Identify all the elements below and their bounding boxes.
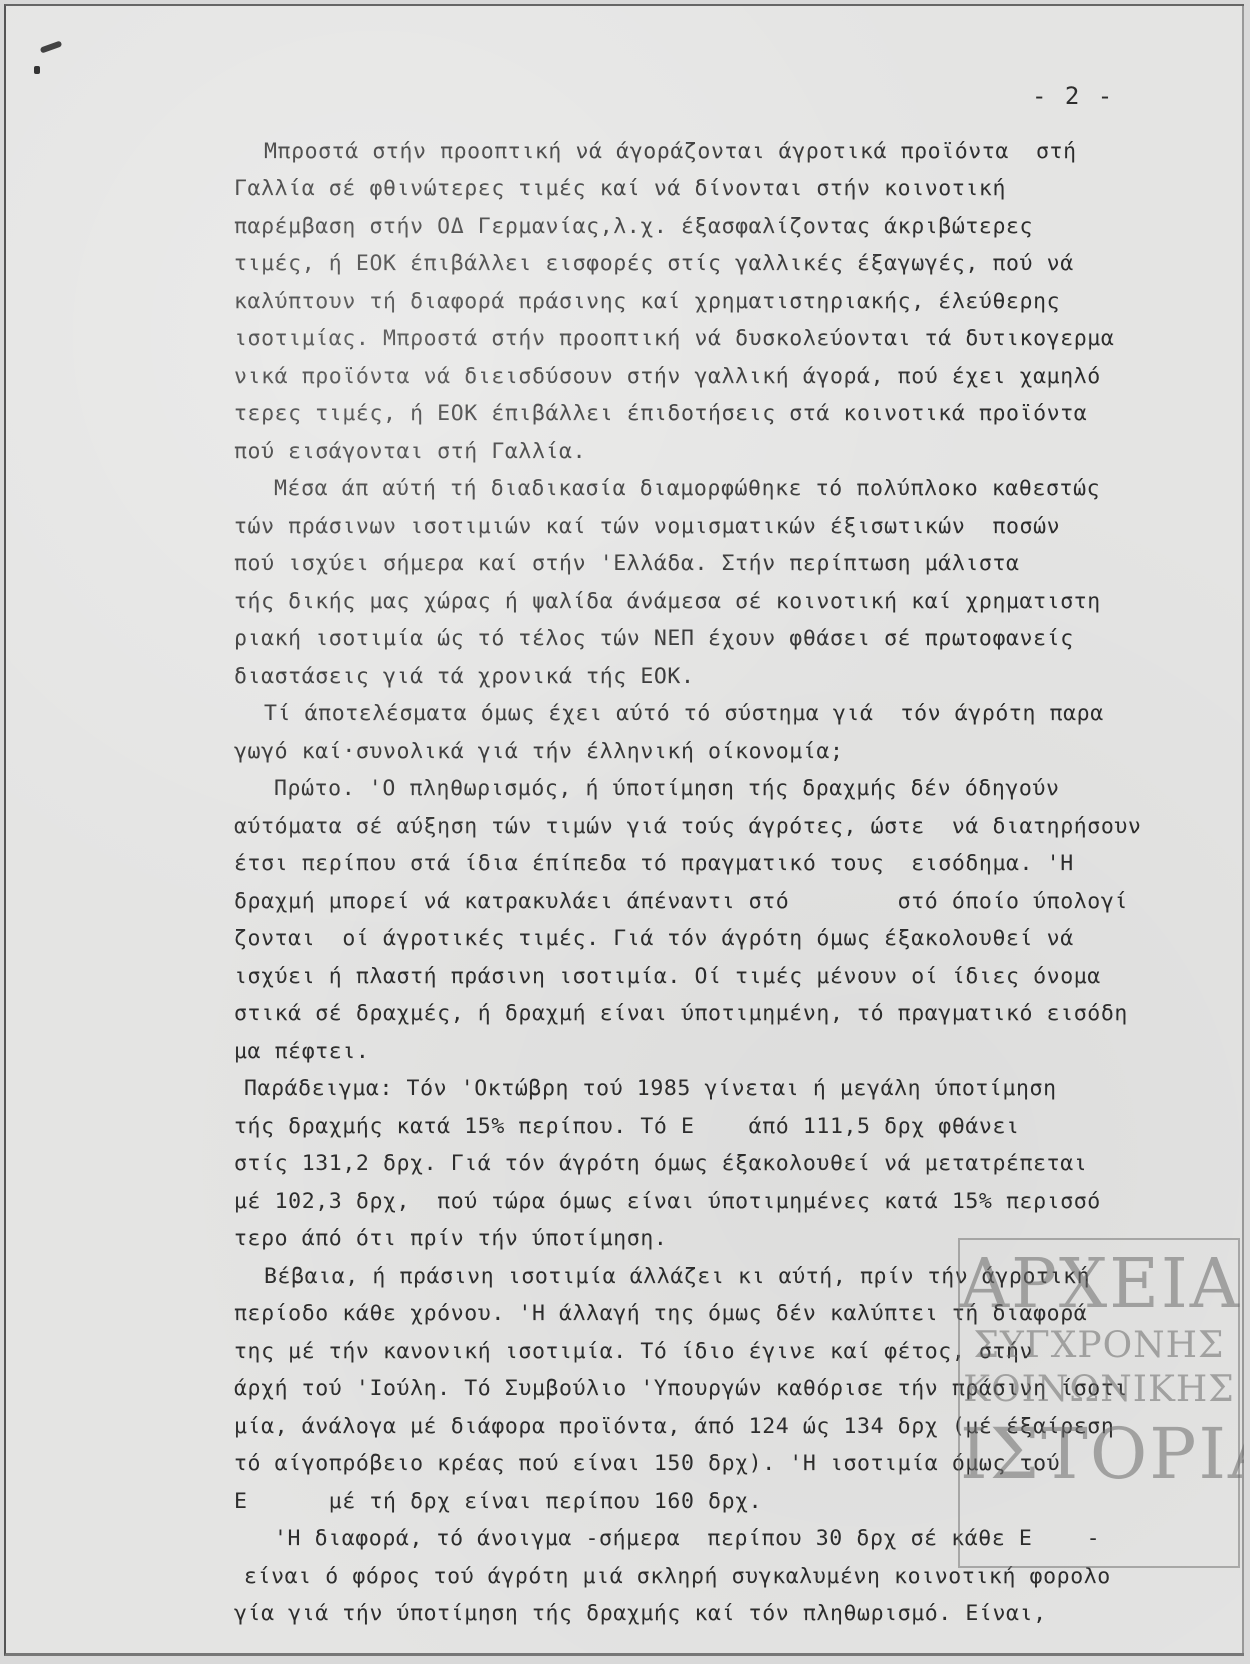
text-line: πού ισχύει σήμερα καί στήν 'Ελλάδα. Στήν… [234, 549, 1020, 579]
text-line: αύτόματα σέ αύξηση τών τιμών γιά τούς άγ… [234, 812, 1141, 842]
text-line: παρέμβαση στήν ΟΔ Γερμανίας,λ.χ. έξασφαλ… [234, 212, 1033, 242]
text-line: νικά προϊόντα νά διεισδύσουν στήν γαλλικ… [234, 362, 1101, 392]
text-line: στικά σέ δραχμές, ή δραχμή είναι ύποτιμη… [234, 999, 1128, 1029]
text-line: της μέ τήν κανονική ισοτιμία. Τό ίδιο έγ… [234, 1337, 1033, 1367]
text-line: Παράδειγμα: Τόν 'Οκτώβρη τού 1985 γίνετα… [244, 1074, 1057, 1104]
text-line: γωγό καί·συνολικά γιά τήν έλληνική οίκον… [234, 737, 843, 767]
text-line: 'Η διαφορά, τό άνοιγμα -σήμερα περίπου 3… [274, 1524, 1100, 1554]
text-line: τιμές, ή ΕΟΚ έπιβάλλει εισφορές στίς γαλ… [234, 249, 1074, 279]
text-line: τής δικής μας χώρας ή ψαλίδα άνάμεσα σέ … [234, 587, 1101, 617]
text-line: Ε μέ τή δρχ είναι περίπου 160 δρχ. [234, 1487, 762, 1517]
text-line: Γαλλία σέ φθινώτερες τιμές καί νά δίνοντ… [234, 174, 1006, 204]
text-line: ζονται οί άγροτικές τιμές. Γιά τόν άγρότ… [234, 924, 1074, 954]
page-number: - 2 - [1032, 82, 1114, 110]
ink-smudge [40, 40, 63, 53]
text-line: τερο άπό ότι πρίν τήν ύποτίμηση. [234, 1224, 667, 1254]
text-line: Βέβαια, ή πράσινη ισοτιμία άλλάζει κι αύ… [264, 1262, 1090, 1292]
text-line: μέ 102,3 δρχ, πού τώρα όμως είναι ύποτιμ… [234, 1187, 1101, 1217]
text-line: μία, άνάλογα μέ διάφορα προϊόντα, άπό 12… [234, 1412, 1114, 1442]
text-line: τερες τιμές, ή ΕΟΚ έπιβάλλει έπιδοτήσεις… [234, 399, 1087, 429]
text-line: Τί άποτελέσματα όμως έχει αύτό τό σύστημ… [264, 699, 1104, 729]
text-line: στίς 131,2 δρχ. Γιά τόν άγρότη όμως έξακ… [234, 1149, 1087, 1179]
text-line: πού εισάγονται στή Γαλλία. [234, 437, 586, 467]
text-line: τών πράσινων ισοτιμιών καί τών νομισματι… [234, 512, 1060, 542]
text-line: Μέσα άπ αύτή τή διαδικασία διαμορφώθηκε … [274, 474, 1100, 504]
text-line: τό αίγοπρόβειο κρέας πού είναι 150 δρχ).… [234, 1449, 1060, 1479]
page-edge [1242, 6, 1244, 1653]
text-line: άρχή τού 'Ιούλη. Τό Συμβούλιο 'Υπουργών … [234, 1374, 1128, 1404]
text-line: ισχύει ή πλαστή πράσινη ισοτιμία. Οί τιμ… [234, 962, 1101, 992]
text-line: είναι ό φόρος τού άγρότη μιά σκληρή συγκ… [244, 1562, 1111, 1592]
text-line: έτσι περίπου στά ίδια έπίπεδα τό πραγματ… [234, 849, 1074, 879]
text-line: ριακή ισοτιμία ώς τό τέλος τών ΝΕΠ έχουν… [234, 624, 1074, 654]
text-line: περίοδο κάθε χρόνου. 'Η άλλαγή της όμως … [234, 1299, 1087, 1329]
text-line: διαστάσεις γιά τά χρονικά τής ΕΟΚ. [234, 662, 695, 692]
text-line: καλύπτουν τή διαφορά πράσινης καί χρηματ… [234, 287, 1060, 317]
text-line: δραχμή μπορεί νά κατρακυλάει άπέναντι στ… [234, 887, 1128, 917]
text-line: ισοτιμίας. Μπροστά στήν προοπτική νά δυσ… [234, 324, 1114, 354]
typewritten-page: - 2 - Μπροστά στήν προοπτική νά άγοράζον… [4, 4, 1244, 1656]
text-line: Μπροστά στήν προοπτική νά άγοράζονται άγ… [264, 137, 1077, 167]
text-line: τής δραχμής κατά 15% περίπου. Τό Ε άπό 1… [234, 1112, 1020, 1142]
text-line: μα πέφτει. [234, 1037, 369, 1067]
text-line: γία γιά τήν ύποτίμηση τής δραχμής καί τό… [234, 1599, 1047, 1629]
ink-smudge [34, 66, 40, 74]
text-line: Πρώτο. 'Ο πληθωρισμός, ή ύποτίμηση τής δ… [274, 774, 1060, 804]
